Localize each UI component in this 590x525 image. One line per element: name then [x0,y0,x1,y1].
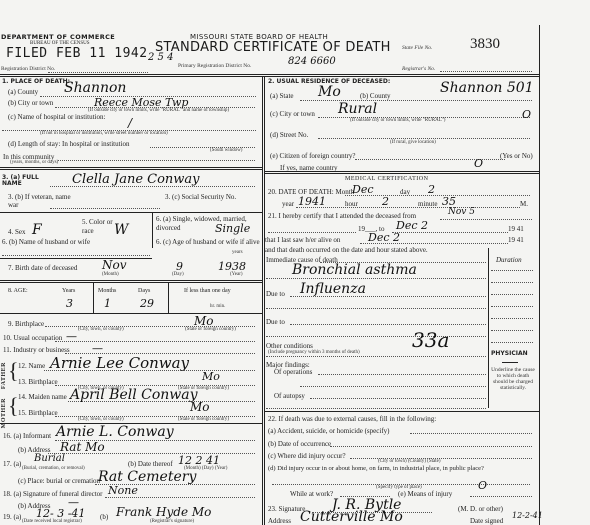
occupation-label: 10. Usual occupation [3,334,62,342]
primary-reg-label: Primary Registration District No. [178,63,251,69]
means-line [470,496,532,497]
father-brace: { [8,360,19,382]
burial-place-label: (c) Place: burial or cremation [18,477,100,485]
age-days-value: 29 [140,297,154,310]
certificate-title: STANDARD CERTIFICATE OF DEATH [155,40,391,55]
mother-birthplace-state-caption: (State or foreign country) [178,417,229,422]
birthplace-state-caption: (State or foreign country) [185,327,236,332]
accident-label: (a) Accident, suicide, or homicide (spec… [268,427,389,435]
registrar-label: Registrar's No. [402,66,435,72]
burial-place-value: Rat Cemetery [98,469,196,485]
funeral-sig-label: 18. (a) Signature of funeral director [3,490,103,498]
place-of-death-heading: 1. PLACE OF DEATH: [2,78,70,85]
other-conditions-line [266,356,486,357]
spouse-rule [0,258,152,259]
birth-month-caption: (Month) [102,272,119,277]
operations-line-2 [300,386,486,387]
funeral-sig-line [105,497,255,498]
hospital-label: (c) Name of hospital or institution: [8,113,105,121]
autopsy-line [310,398,486,399]
state-file-value: 3830 [470,36,500,53]
full-name-label: 3. (a) FULL NAME [2,175,40,187]
last-saw-text: that I last saw h/er alive on [265,236,340,244]
father-birthplace-value: Mo [202,370,220,383]
registration-district-line [48,72,148,73]
death-year-label: year [282,200,294,208]
operations-label: Of operations [274,368,312,376]
death-m-label: M. [520,200,528,208]
death-occurred-text: and that death occurred on the date and … [265,246,428,254]
mother-maiden-line [68,401,255,402]
last-saw-year: 19 41 [508,236,524,244]
age-rule [0,313,262,314]
industry-label: 11. Industry or business [3,346,70,354]
community-note: (years, months, or days) [10,160,58,165]
state-file-label: State File No. [402,45,432,51]
age-div-1 [93,283,94,313]
immediate-cause-value: Bronchial asthma [292,262,417,278]
sex-marital-divider [152,212,153,248]
duration-line-1 [491,270,533,271]
age-less-label: If less than one day [184,288,231,294]
date-signed-label: Date signed [470,517,503,525]
center-divider [262,77,265,525]
autopsy-label: Of autopsy [274,392,305,400]
due-to-1-line-2 [266,308,486,309]
occurrence-date-line [330,446,532,447]
filed-label: 19. (a) [3,513,21,521]
department-label: DEPARTMENT OF COMMERCE [1,33,115,41]
certify-text: 21. I hereby certify that I attended the… [268,212,416,220]
section-rule-2 [0,212,262,213]
operations-line [318,374,486,375]
residence-city-label: (c) City or town [270,110,315,118]
burial-date-label: (b) Date thereof [128,460,173,468]
due-to-2-label: Due to [266,318,285,326]
father-name-label: 12. Name [18,362,45,370]
duration-label: Duration [496,256,522,264]
veteran-label: 3. (b) If veteran, name war [8,193,78,209]
underline-note: Underline the cause to which death shoul… [491,367,535,391]
means-value: O [478,479,487,492]
md-label: (M. D. or other) [458,505,503,513]
residence-rule [265,171,539,174]
other-conditions-label: Other conditions [266,342,313,350]
birthplace-city-caption: (City, town, or county) [78,327,124,332]
funeral-sig-value: None [108,484,138,497]
full-name-value: Clella Jane Conway [72,172,200,187]
father-name-line [44,370,255,371]
veteran-line [50,208,160,209]
mother-brace: { [8,395,19,417]
age-div-2 [168,283,169,313]
medical-rule [265,411,539,412]
mother-birthplace-value: Mo [190,400,210,414]
spouse-age-label: 6. (c) Age of husband or wife if alive [156,238,260,247]
hospital-note: (If not in hospital or institution, writ… [40,131,168,136]
occurrence-date-label: (b) Date of occurrence [268,440,331,448]
residence-city-value: Rural [338,101,377,117]
residence-street-label: (d) Street No. [270,131,308,139]
informant-label: 16. (a) Informant [3,432,51,440]
primary-reg-value: 824 6660 [288,56,336,67]
registrar-sig-label: (b) [100,513,108,521]
birthplace-value: Mo [194,314,214,328]
duration-line-5 [491,318,533,319]
header-rule [0,74,539,77]
due-to-2-line [290,324,486,325]
registrar-line [440,71,532,72]
ssn-label: 3. (c) Social Security No. [165,193,255,201]
filed-caption: (Date received local registrar) [22,519,82,524]
date-signed-value: 12-2-41 [512,511,543,520]
last-saw-line [360,243,508,244]
citizen-value: O [474,157,483,170]
registrar-sig-value: Frank Hyde Mo [116,505,211,519]
death-year-line [296,207,520,208]
birth-day-caption: (Day) [172,272,184,277]
sex-label: 4. Sex [8,228,26,236]
age-months-label: Months [98,288,116,294]
father-side-label: FATHER [1,362,7,389]
age-years-label: Years [62,288,75,294]
accident-line [410,433,532,434]
community-line [58,160,255,161]
injury-did-label: (d) Did injury occur in or about home, o… [268,465,484,472]
section-rule-3 [0,280,262,283]
due-to-2-line-2 [266,336,486,337]
physician-rule [502,362,518,363]
means-label: (e) Means of injury [398,490,452,498]
spouse-label: 6. (b) Name of husband or wife [2,238,90,246]
attended-year: 19 41 [508,225,524,233]
filed-stamp: FILED FEB 11 1942 [6,46,148,61]
citizen-suffix: (Yes or No) [500,152,533,160]
duration-line-4 [491,306,533,307]
external-heading: 22. If death was due to external causes,… [268,415,436,423]
duration-divider [488,248,489,408]
mother-birthplace-city-caption: (City, town, or county) [78,417,124,422]
injury-where-caption: (City or town) (County) (State) [378,459,441,464]
autopsy-line-2 [266,408,486,409]
age-hr-min: hr. min. [210,304,225,309]
marital-value: Single [215,222,250,235]
length-of-stay-label: (d) Length of stay: In hospital or insti… [8,140,130,148]
residence-street-note: (If rural, give location) [390,140,436,145]
duration-line-3 [491,294,533,295]
mother-birthplace-label: 15. Birthplace [18,409,58,417]
spouse-line [2,255,150,256]
birth-month: Nov [102,258,127,272]
full-name-line [50,186,255,187]
signature-address-label: Address [268,517,291,525]
age-days-label: Days [138,288,150,294]
informant-value: Arnie L. Conway [56,424,174,440]
duration-line-7 [491,342,533,343]
color-value: W [114,222,128,238]
burial-caption: (Burial, cremation, or removal) [22,466,85,471]
occupation-line [55,341,255,342]
death-date-line [345,195,530,196]
death-certificate: DEPARTMENT OF COMMERCE BUREAU OF THE CEN… [0,0,590,525]
attended-from-line [440,219,532,220]
age-months-value: 1 [104,297,111,310]
citizen-label: (e) Citizen of foreign country? [270,152,356,160]
signature-address-value: Cutterville Mo [300,509,403,525]
father-birthplace-label: 13. Birthplace [18,378,58,386]
age-label: 8. AGE: [8,288,28,294]
medical-heading: MEDICAL CERTIFICATION [345,176,428,182]
informant-address-value: Rat Mo [60,440,105,454]
residence-county-value: Shannon 501 [440,80,534,96]
age-years-value: 3 [66,297,73,310]
occupation-value: — [66,330,77,343]
physician-label: PHYSICIAN [491,350,528,357]
residence-street-line [318,138,530,139]
attended-start-line [268,232,356,233]
attended-from: Nov 5 [448,207,475,217]
birth-date-label: 7. Birth date of deceased [8,264,77,272]
burial-label: 17. (a) [3,460,21,468]
due-to-1-value: Influenza [300,281,366,297]
spouse-age-suffix: years [232,250,243,255]
attended-to: Dec 2 [396,219,428,232]
while-work-label: While at work? [290,490,333,498]
sex-value: F [32,222,42,238]
mother-maiden-label: 14. Maiden name [18,393,67,401]
city-label: (b) City or town [8,99,53,107]
birth-year-caption: (Year) [230,272,243,277]
injury-where-label: (c) Where did injury occur? [268,452,346,460]
residence-state-label: (a) State [270,92,294,100]
county-label: (a) County [8,88,38,96]
other-conditions-value: 33a [412,328,449,352]
other-conditions-note: (Include pregnancy within 3 months of de… [268,350,360,355]
residence-city-note: (If outside city or town limits, write "… [350,118,445,123]
registrar-sig-caption: (Registrar's signature) [150,519,194,524]
south-label: (South window) [210,148,242,153]
birthplace-label: 9. Birthplace [8,320,44,328]
residence-state-line [300,100,532,101]
due-to-1-label: Due to [266,290,285,298]
immediate-cause-line-2 [266,278,486,279]
hospital-mark: / [128,116,132,130]
burial-value: Burial [34,453,65,464]
duration-line-2 [491,282,533,283]
section-rule-1 [0,167,262,170]
residence-county-label: (b) County [360,92,391,100]
residence-state-value: Mo [318,84,341,100]
right-border [539,25,540,525]
attended-to-line [392,232,508,233]
duration-line-6 [491,330,533,331]
due-to-1-line [290,296,486,297]
residence-city-mark: O [522,108,531,121]
informant-address-line [48,453,255,454]
city-note: (If outside city or town limits, write "… [88,108,229,113]
county-value: Shannon [64,80,126,96]
